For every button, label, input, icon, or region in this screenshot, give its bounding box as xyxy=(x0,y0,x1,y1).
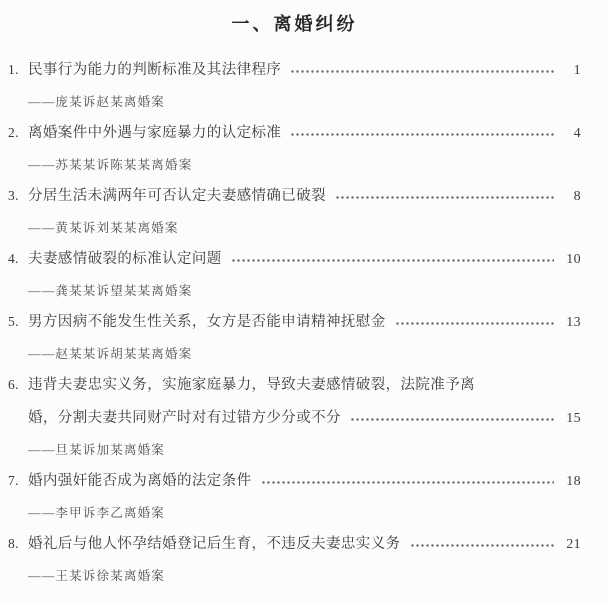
entry-title: 民事行为能力的判断标准及其法律程序 xyxy=(28,59,281,81)
page-number: 4 xyxy=(563,123,581,145)
toc-entry: 8.婚礼后与他人怀孕结婚登记后生育，不违反夫妻忠实义务21——王某诉徐某离婚案 xyxy=(8,533,581,586)
toc-entry: 5.男方因病不能发生性关系，女方是否能申请精神抚慰金13——赵某某诉胡某某离婚案 xyxy=(8,311,581,364)
case-name-line: ——苏某某诉陈某某离婚案 xyxy=(28,155,581,175)
entry-title: 婚礼后与他人怀孕结婚登记后生育，不违反夫妻忠实义务 xyxy=(28,533,401,555)
entry-number: 3. xyxy=(8,185,28,207)
toc-entry: 7.婚内强奸能否成为离婚的法定条件18——李甲诉李乙离婚案 xyxy=(8,470,581,523)
entry-title: 分居生活未满两年可否认定夫妻感情确已破裂 xyxy=(28,185,326,207)
dot-leader xyxy=(262,481,555,484)
page-number: 1 xyxy=(563,60,581,82)
page-number: 13 xyxy=(563,312,581,334)
dot-leader xyxy=(396,322,554,325)
entry-title-row: 7.婚内强奸能否成为离婚的法定条件18 xyxy=(8,470,581,493)
entry-number: 2. xyxy=(8,122,28,144)
page-number: 10 xyxy=(563,249,581,271)
case-name-line: ——旦某诉加某离婚案 xyxy=(28,440,581,460)
entry-title-row: 1.民事行为能力的判断标准及其法律程序1 xyxy=(8,59,581,82)
page-number: 15 xyxy=(563,408,581,430)
toc-entry: 4.夫妻感情破裂的标准认定问题10——龚某某诉望某某离婚案 xyxy=(8,248,581,301)
entry-number: 7. xyxy=(8,470,28,492)
page-number: 18 xyxy=(563,471,581,493)
dot-leader xyxy=(336,196,554,199)
entry-title: 夫妻感情破裂的标准认定问题 xyxy=(28,248,222,270)
page-number: 21 xyxy=(563,534,581,556)
entry-title-row: 8.婚礼后与他人怀孕结婚登记后生育，不违反夫妻忠实义务21 xyxy=(8,533,581,556)
dot-leader xyxy=(351,418,554,421)
entry-title-row: 4.夫妻感情破裂的标准认定问题10 xyxy=(8,248,581,271)
entry-title-row-continued: 婚，分割夫妻共同财产时对有过错方少分或不分15 xyxy=(8,407,581,430)
entry-title: 婚内强奸能否成为离婚的法定条件 xyxy=(28,470,252,492)
entry-title-row: 2.离婚案件中外遇与家庭暴力的认定标准4 xyxy=(8,122,581,145)
case-name-line: ——赵某某诉胡某某离婚案 xyxy=(28,344,581,364)
case-name-line: ——李甲诉李乙离婚案 xyxy=(28,503,581,523)
case-name-line: ——王某诉徐某离婚案 xyxy=(28,566,581,586)
page-number: 8 xyxy=(563,186,581,208)
entry-number: 1. xyxy=(8,59,28,81)
entry-title-row: 3.分居生活未满两年可否认定夫妻感情确已破裂8 xyxy=(8,185,581,208)
entry-title: 违背夫妻忠实义务，实施家庭暴力，导致夫妻感情破裂，法院准予离 xyxy=(28,374,475,396)
entry-title: 男方因病不能发生性关系，女方是否能申请精神抚慰金 xyxy=(28,311,386,333)
toc-entry: 2.离婚案件中外遇与家庭暴力的认定标准4——苏某某诉陈某某离婚案 xyxy=(8,122,581,175)
dot-leader xyxy=(291,70,554,73)
toc-page: 一、离婚纠纷 1.民事行为能力的判断标准及其法律程序1——庞某诉赵某离婚案2.离… xyxy=(0,0,607,604)
toc-list: 1.民事行为能力的判断标准及其法律程序1——庞某诉赵某离婚案2.离婚案件中外遇与… xyxy=(8,59,581,586)
toc-entry: 1.民事行为能力的判断标准及其法律程序1——庞某诉赵某离婚案 xyxy=(8,59,581,112)
entry-number: 6. xyxy=(8,374,28,396)
entry-title-row: 6.违背夫妻忠实义务，实施家庭暴力，导致夫妻感情破裂，法院准予离 xyxy=(8,374,581,396)
dot-leader xyxy=(291,133,554,136)
case-name-line: ——庞某诉赵某离婚案 xyxy=(28,92,581,112)
case-name-line: ——龚某某诉望某某离婚案 xyxy=(28,281,581,301)
dot-leader xyxy=(411,544,555,547)
entry-number: 4. xyxy=(8,248,28,270)
entry-number: 5. xyxy=(8,311,28,333)
toc-entry: 3.分居生活未满两年可否认定夫妻感情确已破裂8——黄某诉刘某某离婚案 xyxy=(8,185,581,238)
toc-entry: 6.违背夫妻忠实义务，实施家庭暴力，导致夫妻感情破裂，法院准予离婚，分割夫妻共同… xyxy=(8,374,581,460)
section-title: 一、离婚纠纷 xyxy=(8,12,581,36)
entry-title-continued: 婚，分割夫妻共同财产时对有过错方少分或不分 xyxy=(28,407,341,429)
entry-title-row: 5.男方因病不能发生性关系，女方是否能申请精神抚慰金13 xyxy=(8,311,581,334)
entry-number: 8. xyxy=(8,533,28,555)
entry-title: 离婚案件中外遇与家庭暴力的认定标准 xyxy=(28,122,281,144)
case-name-line: ——黄某诉刘某某离婚案 xyxy=(28,218,581,238)
dot-leader xyxy=(232,259,554,262)
